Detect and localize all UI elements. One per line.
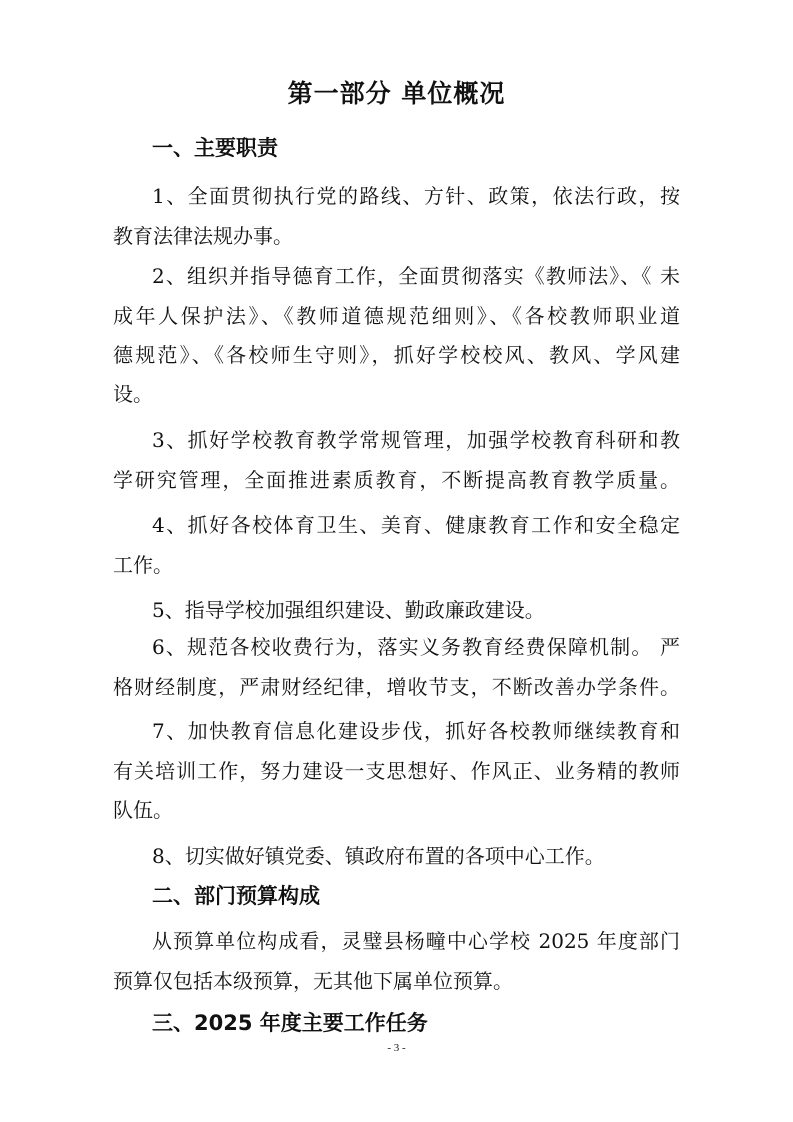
paragraph-line: 7、加快教育信息化建设步伐，抓好各校教师继续教育和 (152, 716, 680, 746)
paragraph-line: 成年人保护法》、《教师道德规范细则》、《各校教师职业道 (113, 301, 680, 331)
paragraph-line: 设。 (113, 379, 680, 409)
section-heading-main-tasks: 三、2025 年度主要工作任务 (152, 1008, 428, 1038)
page-number: - 3 - (0, 1042, 793, 1054)
paragraph-line: 格财经制度，严肃财经纪律，增收节支，不断改善办学条件。 (113, 672, 680, 702)
paragraph-line: 2、组织并指导德育工作，全面贯彻落实《教师法》、《 未 (152, 261, 680, 291)
paragraph-line: 6、规范各校收费行为，落实义务教育经费保障机制。 严 (152, 632, 680, 662)
paragraph-line: 有关培训工作，努力建设一支思想好、作风正、业务精的教师 (113, 756, 680, 786)
section-heading-budget-structure: 二、部门预算构成 (152, 881, 320, 911)
paragraph-line: 预算仅包括本级预算，无其他下属单位预算。 (113, 966, 680, 996)
paragraph-line: 学研究管理，全面推进素质教育，不断提高教育教学质量。 (113, 465, 680, 495)
page-title: 第一部分 单位概况 (0, 76, 793, 112)
paragraph-line: 8、切实做好镇党委、镇政府布置的各项中心工作。 (152, 841, 680, 871)
section-heading-duties: 一、主要职责 (152, 133, 278, 163)
paragraph-line: 队伍。 (113, 795, 680, 825)
paragraph-line: 3、抓好学校教育教学常规管理，加强学校教育科研和教 (152, 425, 680, 455)
paragraph-line: 从预算单位构成看，灵璧县杨疃中心学校 2025 年度部门 (152, 926, 680, 956)
paragraph-line: 5、指导学校加强组织建设、勤政廉政建设。 (152, 595, 680, 625)
paragraph-line: 1、全面贯彻执行党的路线、方针、政策，依法行政，按 (152, 181, 680, 211)
paragraph-line: 德规范》、《各校师生守则》，抓好学校校风、教风、学风建 (113, 340, 680, 370)
paragraph-line: 教育法律法规办事。 (113, 221, 680, 251)
paragraph-line: 工作。 (113, 550, 680, 580)
document-page: 第一部分 单位概况 一、主要职责 1、全面贯彻执行党的路线、方针、政策，依法行政… (0, 0, 793, 1122)
paragraph-line: 4、抓好各校体育卫生、美育、健康教育工作和安全稳定 (152, 510, 680, 540)
